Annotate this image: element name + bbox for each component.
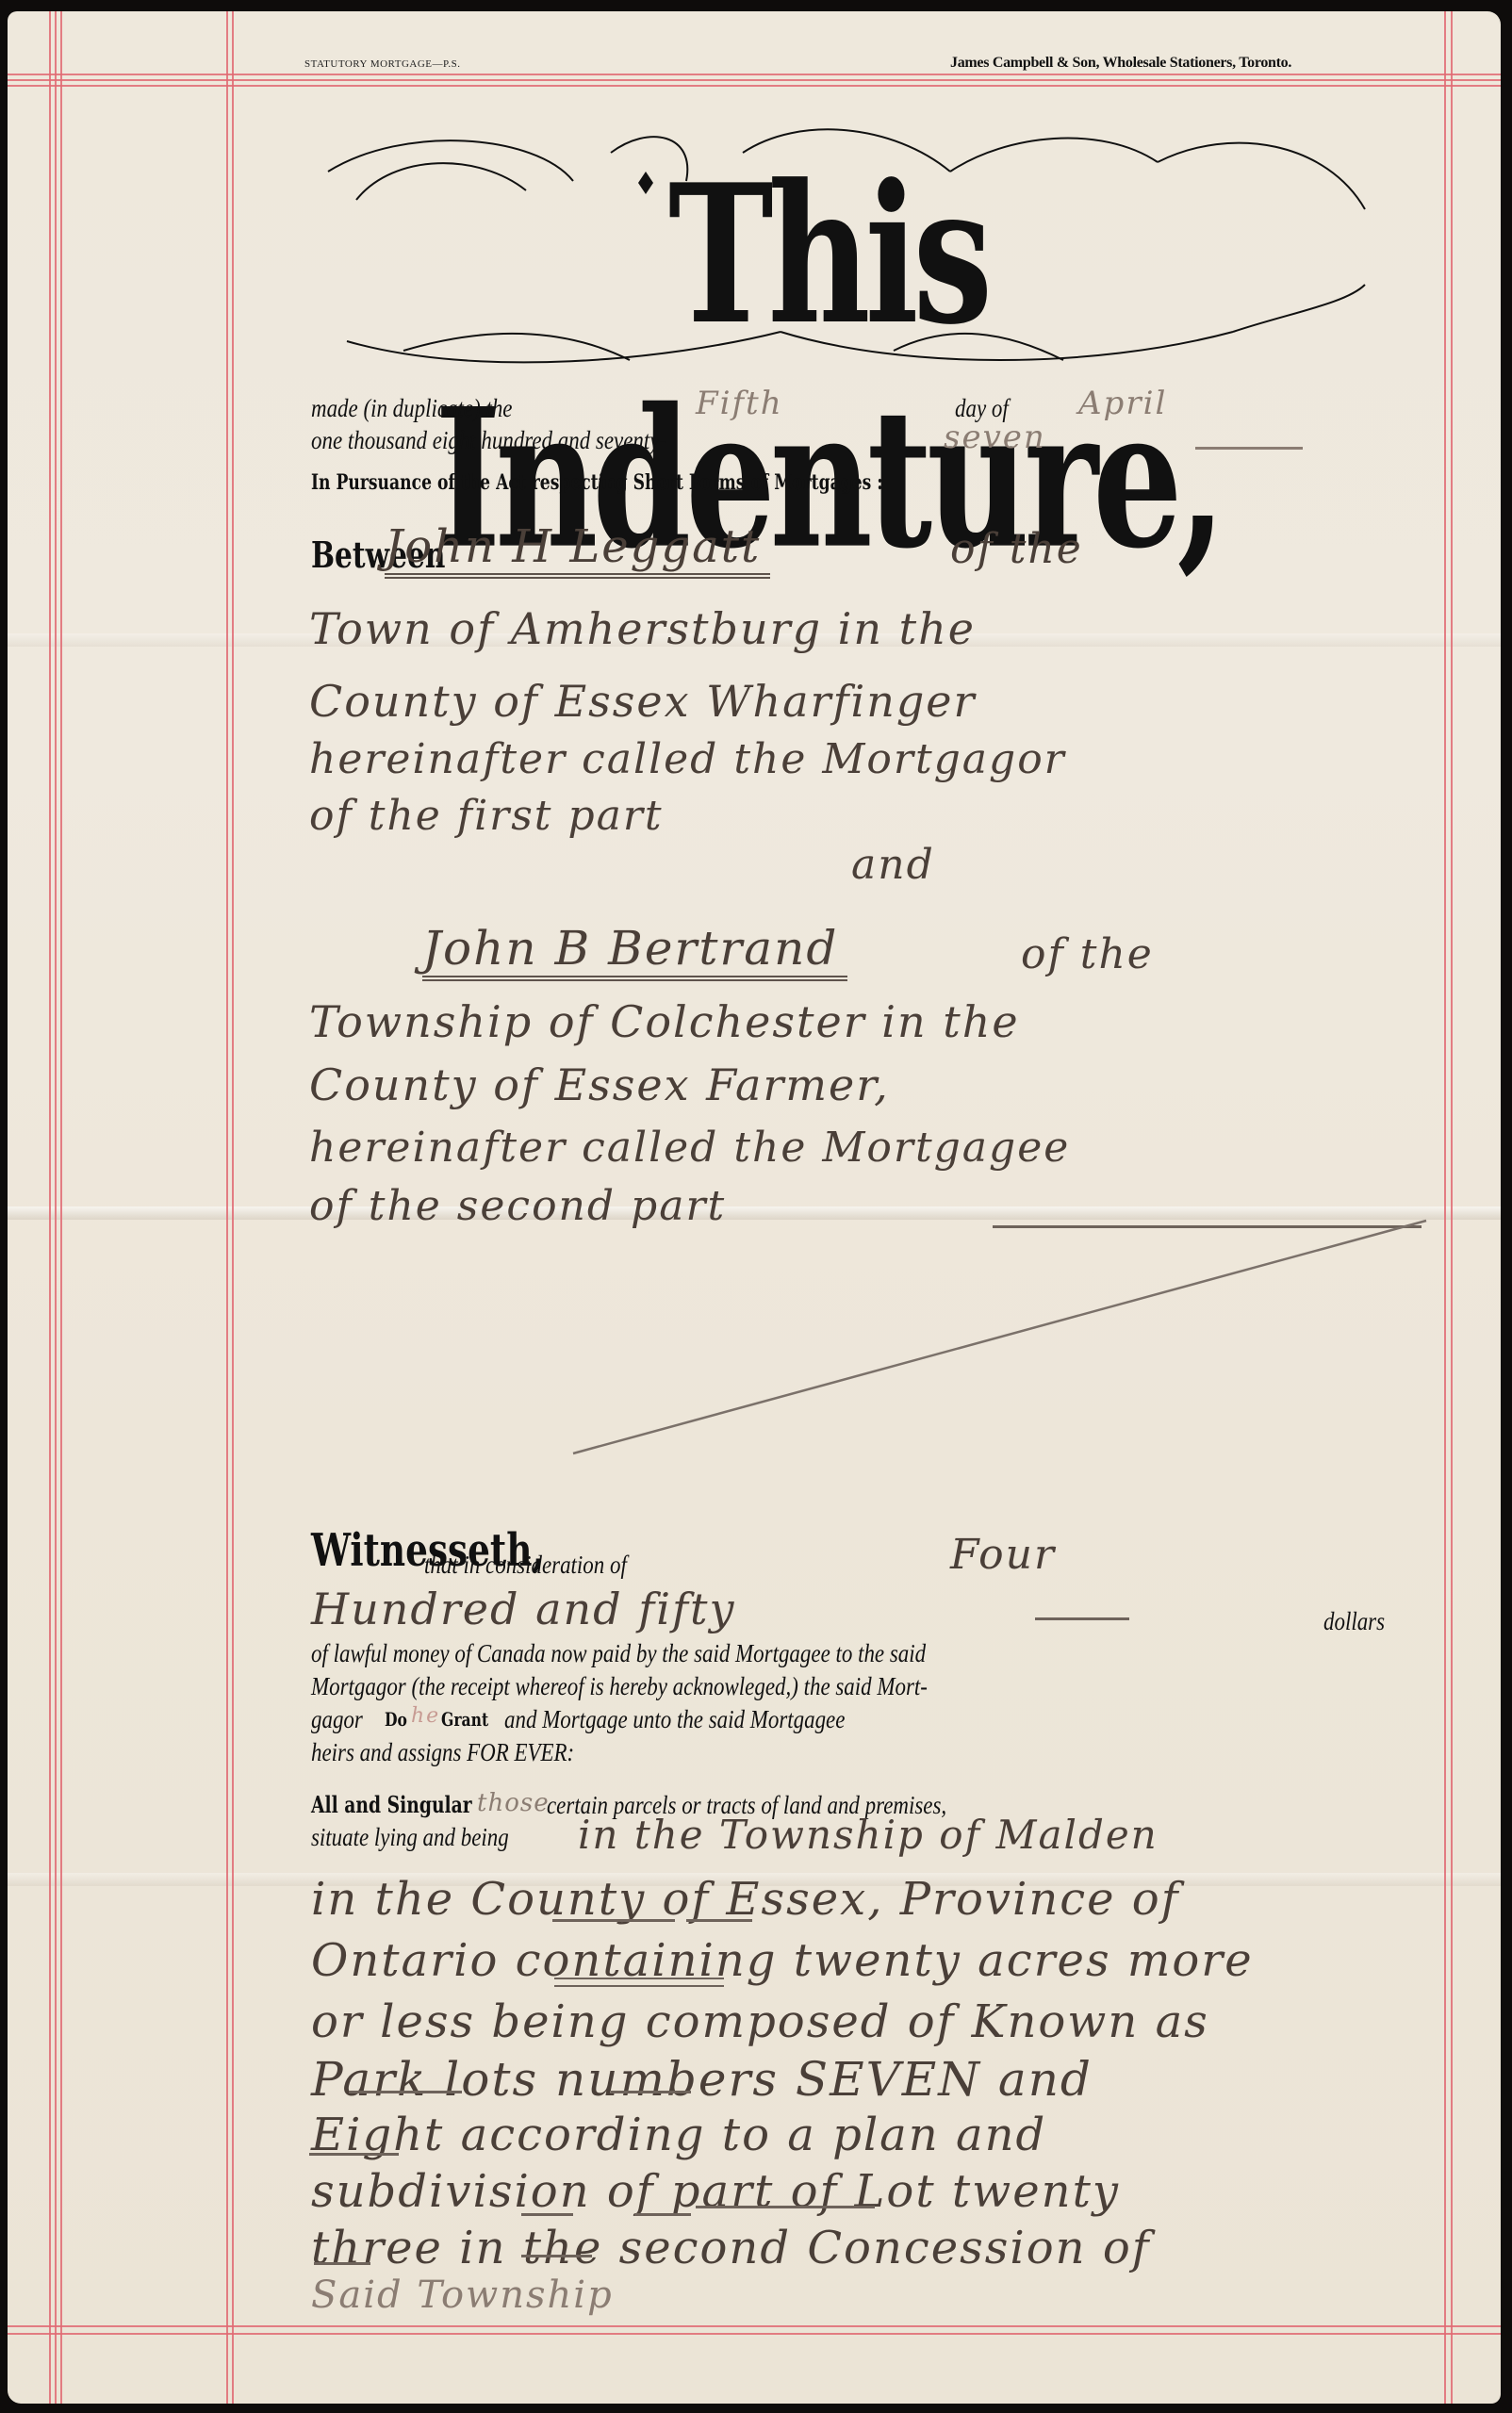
underline (554, 1978, 724, 1987)
underline (634, 2213, 691, 2216)
property-line: Ontario containing twenty acres more (311, 1934, 1254, 1987)
underline (521, 2255, 592, 2257)
underline (314, 2262, 370, 2265)
grant-word: Grant (441, 1708, 488, 1731)
property-line: subdivision of part of Lot twenty (311, 2165, 1120, 2218)
underline (309, 2153, 399, 2156)
blank-line (1035, 1617, 1129, 1620)
property-line: or less being composed of Known as (311, 1995, 1209, 2048)
underline (349, 2091, 462, 2093)
witnesseth-line: gagor (311, 1705, 363, 1734)
situate-prefix: situate lying and being (311, 1823, 509, 1852)
witnesseth-line: heirs and assigns FOR EVER: (311, 1738, 574, 1767)
property-line: Eight according to a plan and (311, 2109, 1046, 2161)
those-word: those (477, 1789, 550, 1817)
underline (552, 1919, 675, 1922)
he-word: he (411, 1704, 440, 1728)
underline (686, 1919, 752, 1922)
underline (521, 2213, 573, 2216)
amount-line2: Hundred and fifty (311, 1584, 735, 1634)
property-line: Said Township (311, 2273, 614, 2317)
consideration-prefix: that in consideration of (424, 1551, 627, 1580)
witnesseth-line: and Mortgage unto the said Mortgagee (504, 1705, 845, 1734)
do-word: Do (385, 1708, 407, 1731)
property-line: Park lots numbers SEVEN and (311, 2052, 1093, 2107)
witnesseth-line: of lawful money of Canada now paid by th… (311, 1639, 926, 1668)
dollars-label: dollars (1323, 1607, 1385, 1636)
amount-line1: Four (950, 1531, 1056, 1579)
property-line: three in the second Concession of (311, 2222, 1151, 2274)
indenture-document: STATUTORY MORTGAGE—P.S. James Campbell &… (8, 11, 1501, 2404)
all-and-singular-label: All and Singular (311, 1791, 472, 1818)
property-line: in the County of Essex, Province of (311, 1873, 1179, 1926)
underline (696, 2206, 875, 2208)
witnesseth-line: Mortgagor (the receipt whereof is hereby… (311, 1672, 928, 1701)
underline (611, 2091, 691, 2093)
location-hand: in the Township of Malden (578, 1812, 1159, 1858)
